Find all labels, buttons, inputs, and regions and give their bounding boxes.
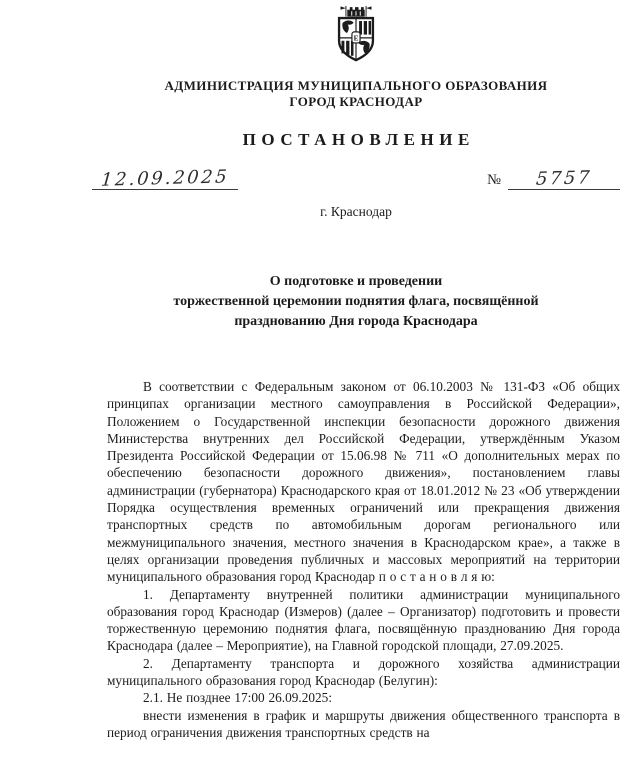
title-line-3: празднованию Дня города Краснодара	[92, 312, 620, 332]
body-paragraph-preamble: В соответствии с Федеральным законом от …	[107, 378, 620, 586]
document-page: Е АДМИНИСТРАЦИЯ МУНИЦИПАЛЬНОГО ОБРАЗОВАН…	[0, 0, 640, 762]
number-handwritten-value: 5757	[535, 169, 592, 189]
body-paragraph-item-1: 1. Департаменту внутренней политики адми…	[107, 586, 620, 655]
body-paragraph-item-2-1: 2.1. Не позднее 17:00 26.09.2025:	[107, 689, 620, 706]
number-field: № 5757	[487, 170, 620, 190]
number-sign: №	[487, 171, 501, 190]
date-handwritten-value: 12.09.2025	[100, 168, 229, 189]
title-line-2: торжественной церемонии поднятия флага, …	[92, 292, 620, 312]
body-paragraph-item-2-1-sub: внести изменения в график и маршруты дви…	[107, 707, 620, 742]
monogram-letter: Е	[354, 34, 359, 42]
place-line: г. Краснодар	[92, 203, 620, 220]
document-title: О подготовке и проведении торжественной …	[92, 272, 620, 332]
requisites-row: 12.09.2025 № 5757	[92, 163, 620, 190]
document-type-heading: ПОСТАНОВЛЕНИЕ	[92, 130, 620, 150]
date-blank-line: 12.09.2025	[92, 170, 238, 190]
body-paragraph-item-2: 2. Департаменту транспорта и дорожного х…	[107, 655, 620, 690]
document-body: В соответствии с Федеральным законом от …	[107, 378, 620, 741]
coat-of-arms-icon: Е	[333, 4, 379, 64]
title-line-1: О подготовке и проведении	[92, 272, 620, 292]
number-blank-line: 5757	[508, 170, 620, 190]
org-name-line2: ГОРОД КРАСНОДАР	[92, 94, 620, 110]
org-name-line1: АДМИНИСТРАЦИЯ МУНИЦИПАЛЬНОГО ОБРАЗОВАНИЯ	[92, 78, 620, 94]
